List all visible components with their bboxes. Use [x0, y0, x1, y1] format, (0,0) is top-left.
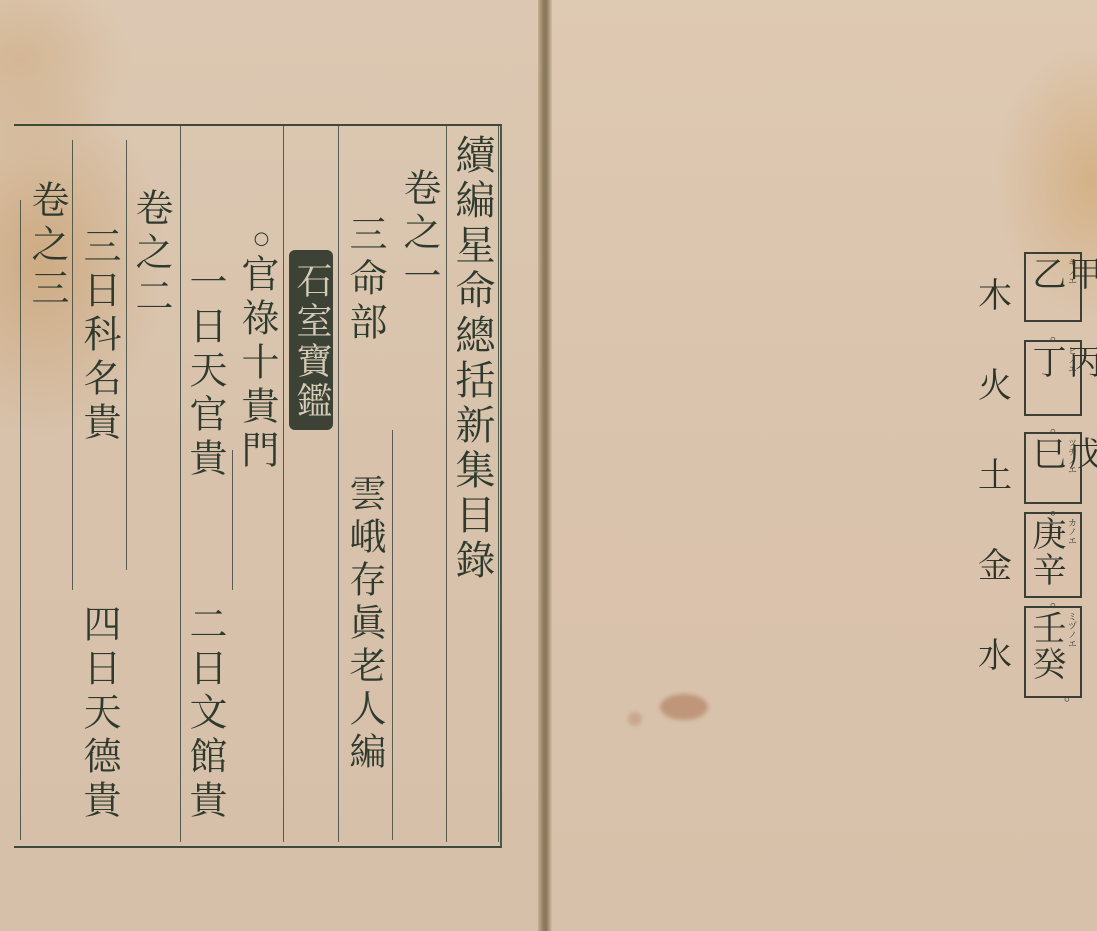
stem-box-geng-xin: 庚辛 カノエ: [1024, 512, 1082, 598]
book-spine: [538, 0, 552, 931]
volume-3-heading: 卷之三: [28, 180, 66, 312]
column-rule: [283, 126, 284, 842]
column-rule: [232, 450, 233, 590]
element-fire: 火: [975, 358, 1015, 407]
collector-seal: 石室寶鑑: [289, 250, 333, 430]
book-title: 續編星命總括新集目錄: [452, 134, 492, 584]
toc-item-4: 四日天德貴: [80, 604, 118, 824]
stem-box-bing-ding: 丙丁 ヒノエ: [1024, 340, 1082, 416]
katakana-gloss: ツチノエ: [1065, 438, 1078, 474]
column-rule: [498, 126, 499, 842]
stem-pair: 甲乙: [1028, 256, 1097, 320]
right-page: [552, 0, 1097, 931]
column-rule: [20, 200, 21, 840]
section-sanming: 三命部: [346, 214, 384, 346]
column-rule: [180, 126, 181, 842]
chapter-guanlu: 官祿十貴門: [238, 254, 276, 474]
circle-mark: ○: [252, 228, 270, 255]
stem-box-jia-yi: 甲乙 キノエ: [1024, 252, 1082, 322]
volume-2-heading: 卷之二: [132, 188, 170, 320]
column-rule: [338, 126, 339, 842]
element-water: 水: [975, 628, 1015, 677]
stem-pair: 庚辛: [1028, 516, 1064, 588]
katakana-gloss: ヒノエ: [1065, 346, 1078, 373]
katakana-gloss: カノエ: [1065, 518, 1078, 545]
stem-box-wu-ji: 戊巳 ツチノエ: [1024, 432, 1082, 504]
stem-pair: 戊巳: [1028, 436, 1097, 502]
column-rule: [446, 126, 447, 842]
left-page: 續編星命總括新集目錄 卷之一 三命部 雲峨存眞老人編 石室寶鑑 ○ 官祿十貴門 …: [0, 0, 538, 931]
volume-1-heading: 卷之一: [400, 168, 438, 300]
katakana-gloss: ミヅノエ: [1065, 612, 1078, 648]
element-wood: 木: [975, 268, 1015, 317]
author-line: 雲峨存眞老人編: [346, 474, 383, 775]
element-metal: 金: [975, 538, 1015, 587]
toc-item-2: 二日文館貴: [186, 604, 224, 824]
column-rule: [126, 140, 127, 570]
separator-dot: 。: [1064, 682, 1080, 705]
stain: [628, 712, 642, 726]
stem-pair: 丙丁: [1028, 344, 1097, 414]
toc-item-1: 一日天官貴: [186, 262, 224, 482]
column-rule: [72, 140, 73, 590]
column-rule: [392, 430, 393, 840]
stem-pair: 壬癸: [1028, 610, 1064, 682]
toc-item-3: 三日科名貴: [80, 226, 118, 446]
element-earth: 土: [975, 448, 1015, 497]
katakana-gloss: キノエ: [1065, 258, 1078, 285]
stain: [660, 694, 708, 720]
